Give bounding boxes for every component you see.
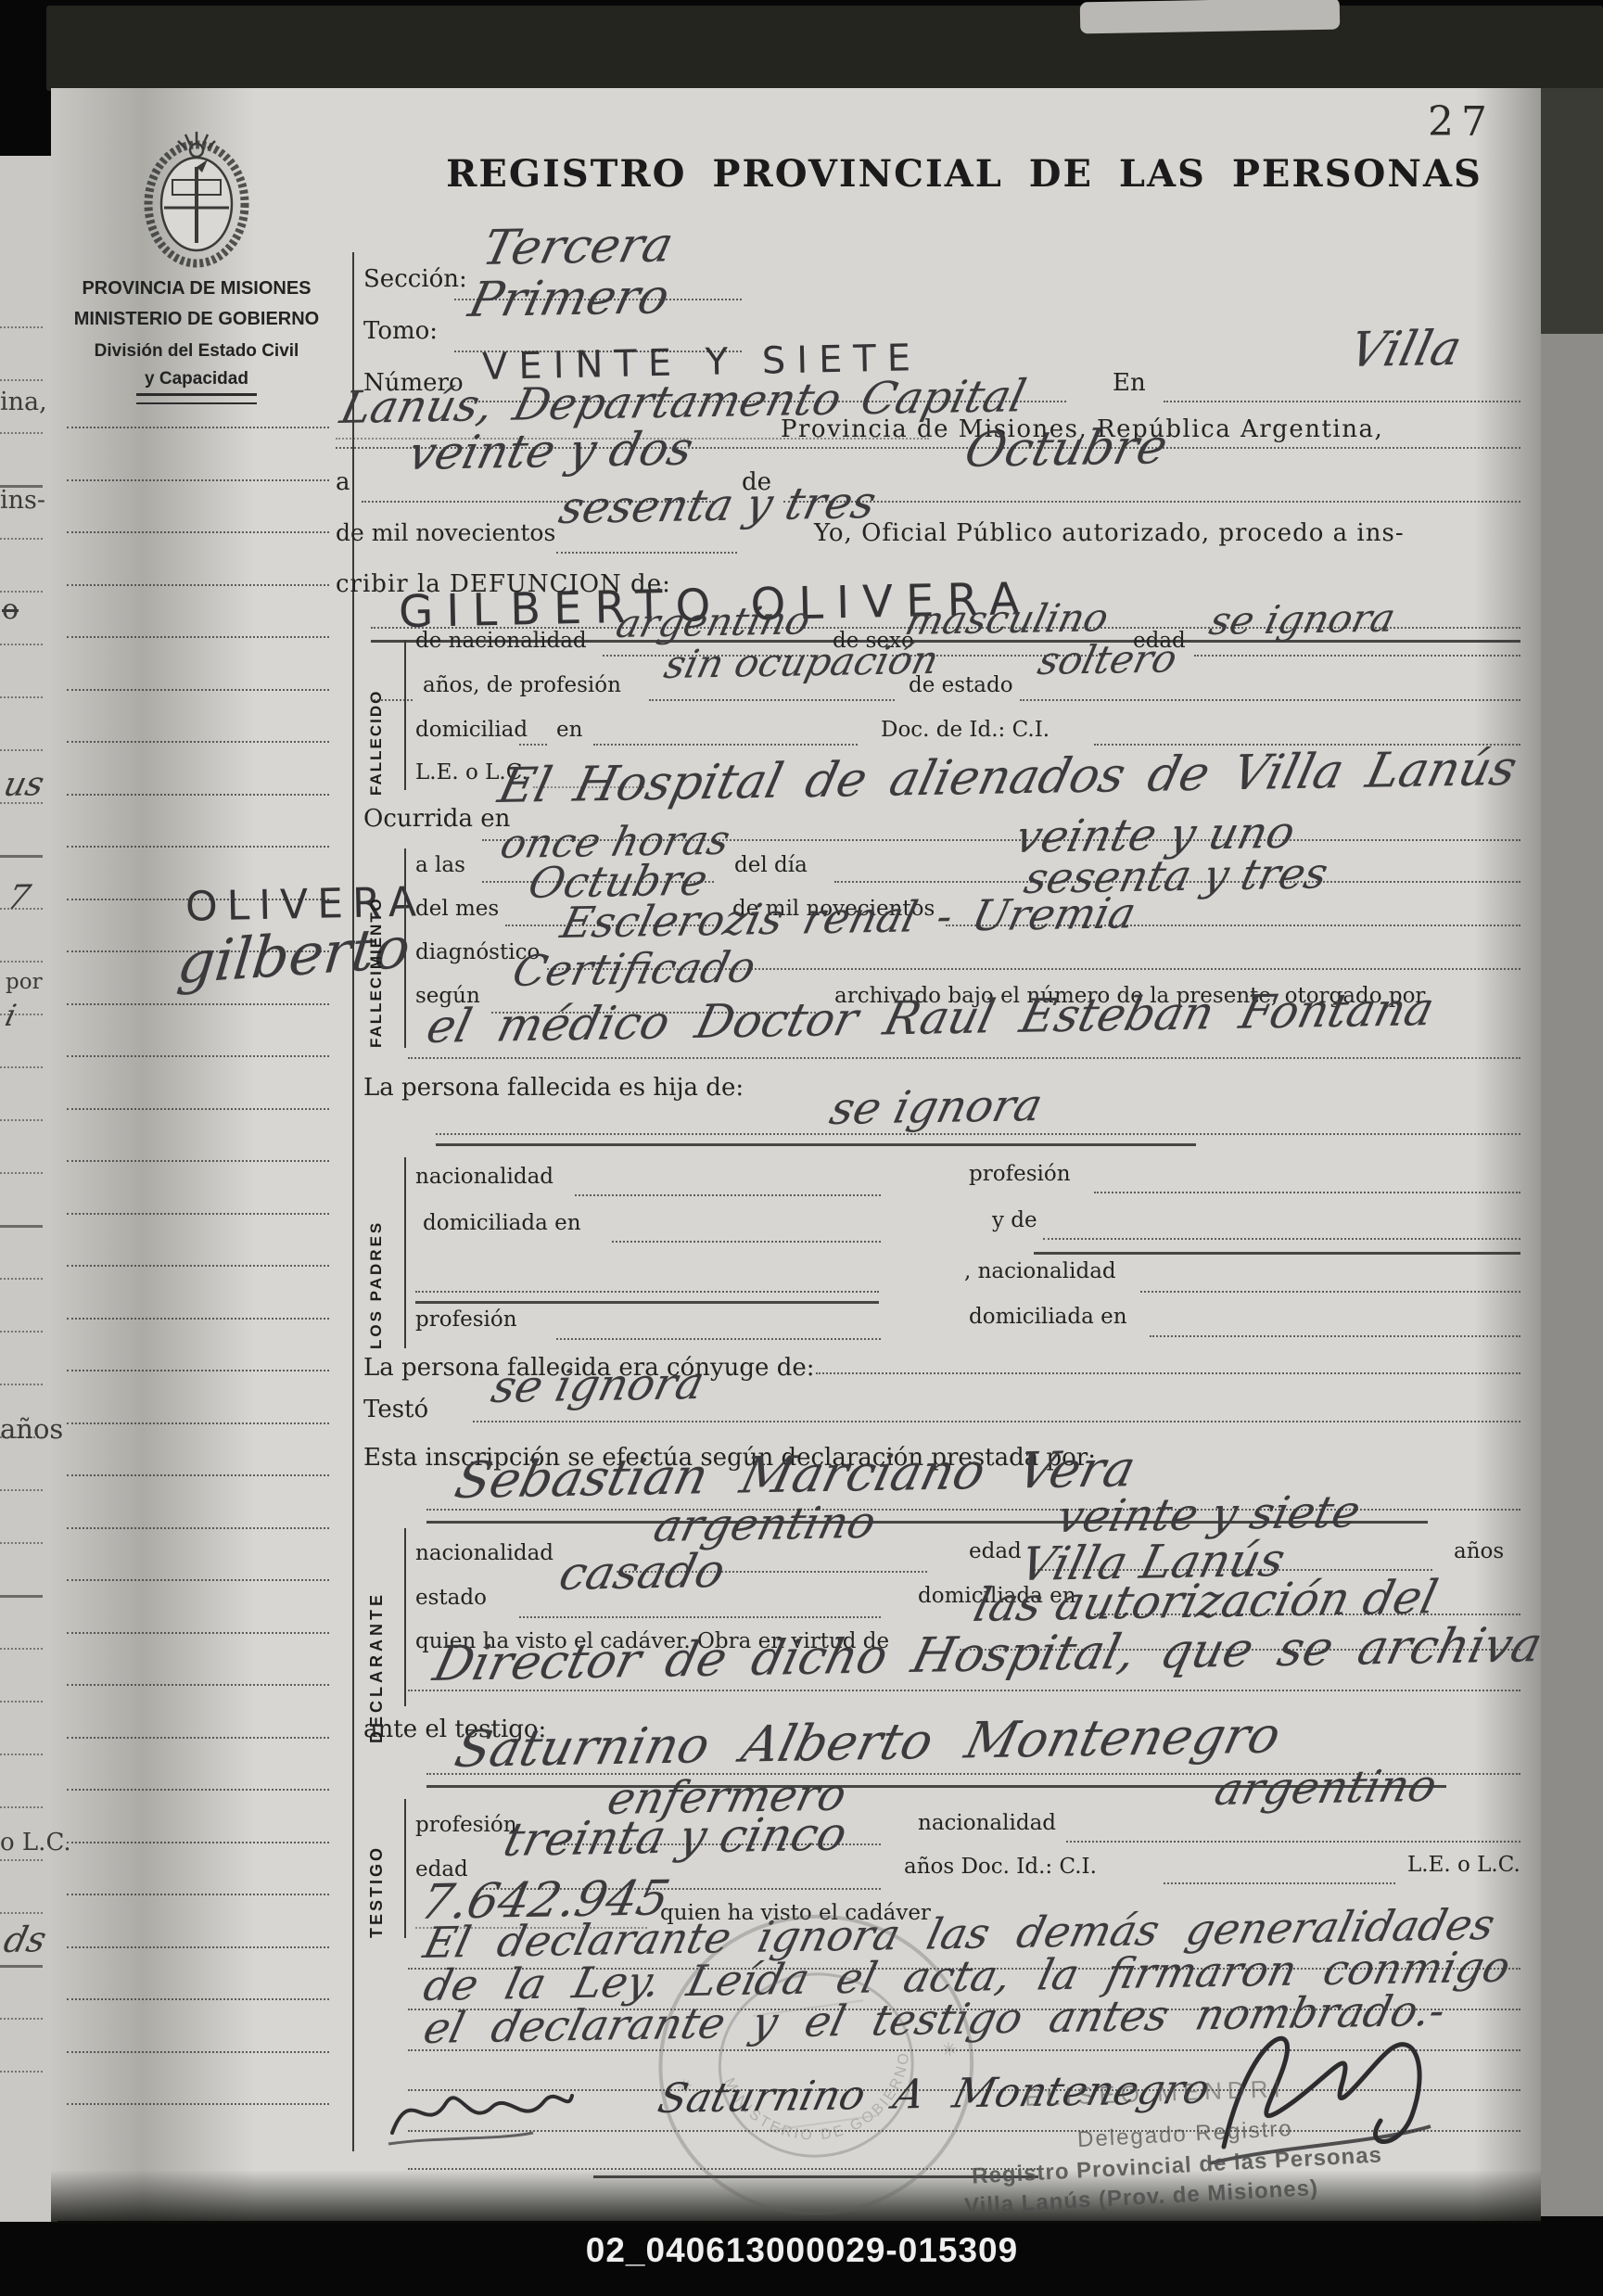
tomo-value: Primero [464, 269, 675, 328]
section-rule [404, 1528, 406, 1706]
prev-page-line-stub [0, 2018, 43, 2020]
dotted-line [1066, 1841, 1520, 1843]
margin-ruled-line [67, 689, 329, 691]
prev-page-line-stub [0, 908, 43, 910]
margin-ruled-line [67, 1265, 329, 1267]
document-title: REGISTRO PROVINCIAL DE LAS PERSONAS [417, 152, 1511, 196]
margin-ruled-line [67, 1474, 329, 1476]
testigo-doc-label: años Doc. Id.: C.I. [904, 1855, 1097, 1879]
dotted-line [1164, 1882, 1395, 1884]
prev-page-fragment: por [6, 970, 43, 994]
dotted-line [1043, 1238, 1520, 1240]
diagnostico-value: Esclerozis renal - Uremia [556, 887, 1140, 948]
dotted-line [408, 1690, 1520, 1691]
del-dia-label: del día [734, 853, 808, 877]
dotted-line [556, 1338, 881, 1340]
margin-ruled-line [67, 1003, 329, 1005]
section-rule [404, 640, 406, 790]
prev-page-line-stub [0, 379, 43, 381]
dotted-line [1164, 401, 1520, 402]
gutter-shadow [51, 88, 255, 2221]
margin-ruled-line [67, 1684, 329, 1686]
scan-file-label: 02_040613000029-015309 [399, 2231, 1205, 2270]
section-rule [404, 1799, 406, 1938]
prev-page-line-stub [0, 1225, 43, 1228]
dotted-line [1150, 1335, 1520, 1337]
section-label-testigo: TESTIGO [367, 1804, 387, 1938]
prev-page-line-stub [0, 326, 43, 328]
dotted-line [556, 552, 737, 554]
dotted-line [612, 1241, 881, 1243]
margin-ruled-line [67, 1213, 329, 1215]
prev-page-line-stub [0, 1436, 43, 1438]
prev-page-line-stub [0, 2071, 43, 2073]
prev-page-line-stub [0, 1542, 43, 1544]
doc-id-label: Doc. de Id.: C.I. [881, 718, 1050, 742]
testo-label: Testó [363, 1396, 428, 1423]
margin-ruled-line [67, 1318, 329, 1320]
prev-page-fragment: años [0, 1413, 63, 1445]
testigo-nacionalidad-label: nacionalidad [918, 1811, 1056, 1835]
prev-page-fragment: ins- [0, 486, 45, 515]
tomo-label: Tomo: [363, 317, 438, 345]
margin-ruled-line [67, 1842, 329, 1843]
dotted-line [436, 1133, 1520, 1135]
margin-ruled-line [67, 1108, 329, 1110]
section-label-fallecimiento: FALLECIMIENTO [367, 851, 386, 1048]
prev-page-line-stub [0, 961, 43, 963]
sidebar-org-line4: y Capacidad [57, 369, 336, 389]
del-mes-label: del mes [415, 897, 499, 921]
page-number: 27 [1428, 98, 1495, 146]
prev-page-line-stub [0, 485, 43, 488]
section-label-fallecido: FALLECIDO [367, 647, 386, 796]
prev-page-line-stub [0, 1912, 43, 1914]
right-binding-gray [1541, 334, 1603, 2216]
prev-page-line-stub [0, 644, 43, 645]
margin-ruled-line [67, 794, 329, 796]
madre-nacionalidad-label: , nacionalidad [964, 1259, 1116, 1283]
prev-page-line-stub [0, 1965, 43, 1968]
padre-domicilio-label: domiciliada en [423, 1211, 581, 1235]
dotted-line [593, 744, 858, 746]
en-value: Villa [1344, 321, 1467, 378]
margin-ruled-line [67, 1789, 329, 1791]
dotted-line [649, 699, 895, 701]
margin-ruled-line [67, 1632, 329, 1634]
dotted-line [519, 744, 547, 746]
segun-value: Certificado [508, 941, 760, 996]
prev-page-fragment: o L.C. [0, 1829, 71, 1856]
dotted-line [519, 1616, 881, 1618]
testigo-le-label: L.E. o L.C. [1407, 1853, 1520, 1877]
dotted-line [1094, 1192, 1520, 1193]
madre-profesion-label: profesión [415, 1307, 517, 1332]
edad-value: se ignora [1205, 595, 1400, 644]
testo-value: se ignora [487, 1358, 709, 1413]
margin-ruled-line [67, 584, 329, 586]
dotted-line [1140, 1291, 1520, 1293]
sidebar-org-line1: PROVINCIA DE MISIONES [57, 278, 336, 300]
paper-sliver [1080, 0, 1341, 33]
ocurrida-label: Ocurrida en [363, 805, 510, 833]
y-de-label: y de [992, 1208, 1037, 1232]
margin-ruled-line [67, 636, 329, 638]
round-seal-stamp: MINISTERIO DE GOBIERNO ✳ ✳ [629, 1884, 1003, 2243]
estado-label: de estado [909, 673, 1013, 697]
section-label-declarante: DECLARANTE [367, 1530, 387, 1743]
prev-page-line-stub [0, 1489, 43, 1491]
dotted-line [415, 1291, 879, 1293]
estado-value: soltero [1034, 635, 1181, 683]
prev-page-line-stub [0, 749, 43, 751]
margin-ruled-line [67, 1998, 329, 2000]
month-value: Octubre [960, 419, 1173, 478]
margin-ruled-line [67, 1160, 329, 1162]
section-label-los-padres: LOS PADRES [367, 1159, 386, 1349]
section-rule [404, 848, 406, 1048]
prev-page-line-stub [0, 1331, 43, 1333]
margin-ruled-line [67, 479, 329, 481]
margin-ruled-line [67, 531, 329, 533]
prev-page-line-stub [0, 1701, 43, 1703]
signature-official-left [385, 2075, 579, 2154]
padre-nacionalidad-label: nacionalidad [415, 1165, 553, 1189]
hija-de-value: se ignora [825, 1079, 1048, 1135]
margin-ruled-line [67, 1527, 329, 1529]
dotted-line [1020, 699, 1520, 701]
declarante-nacionalidad-label: nacionalidad [415, 1541, 553, 1565]
prev-page-fragment: ina, [0, 388, 47, 416]
a-label: a [336, 468, 350, 496]
margin-ruled-line [67, 1894, 329, 1895]
margin-ruled-line [67, 1055, 329, 1057]
dotted-line [371, 699, 413, 701]
nacionalidad-label: de nacionalidad [415, 629, 587, 653]
margin-ruled-line [67, 1737, 329, 1739]
section-rule [404, 1157, 406, 1348]
declarante-edad-label: edad [969, 1539, 1022, 1563]
declarante-estado-value: casado [554, 1544, 731, 1601]
seccion-label: Sección: [363, 265, 467, 293]
anos-label: años [1454, 1539, 1504, 1563]
prev-page-line-stub [0, 432, 43, 434]
dotted-line [816, 1372, 1520, 1374]
dotted-line [575, 1194, 881, 1196]
prev-page-line-stub [0, 1014, 43, 1015]
dotted-line [408, 1057, 1520, 1059]
declarante-estado-label: estado [415, 1586, 487, 1610]
profesion-value: sin ocupación [660, 637, 943, 687]
prev-page-line-stub [0, 1859, 43, 1861]
margin-ruled-line [67, 1370, 329, 1371]
top-binding [46, 6, 1603, 91]
sidebar-org-line3: División del Estado Civil [57, 341, 336, 362]
testigo-edad-value: treinta y cinco [499, 1807, 852, 1867]
margin-ruled-line [67, 427, 329, 428]
day-value: veinte y dos [403, 422, 698, 480]
prev-page-line-stub [0, 1806, 43, 1808]
en-label: en [556, 718, 582, 742]
prev-page-line-stub [0, 1119, 43, 1121]
en-label: En [1113, 369, 1146, 397]
prev-page-line-stub [0, 538, 43, 540]
domicilio-label: domiciliad [415, 718, 528, 742]
dotted-line [1194, 655, 1520, 657]
prev-page-fragment: o [2, 593, 19, 626]
a-las-label: a las [415, 853, 465, 877]
right-binding-dark [1541, 88, 1603, 334]
prev-page-line-stub [0, 591, 43, 593]
solid-line [415, 1301, 879, 1304]
prev-page-line-stub [0, 1648, 43, 1650]
hija-de-label: La persona fallecida es hija de: [363, 1074, 744, 1102]
padre-profesion-label: profesión [969, 1162, 1071, 1186]
prev-page-line-stub [0, 1384, 43, 1385]
prev-page-line-stub [0, 1278, 43, 1280]
dotted-line [783, 501, 1520, 503]
testigo-profesion-label: profesión [415, 1813, 517, 1837]
prev-page-line-stub [0, 1172, 43, 1174]
scanned-death-certificate: 27 REGISTRO PROVINCIAL DE LAS PERSONAS P… [0, 0, 1603, 2296]
profesion-label: años, de profesión [423, 673, 621, 697]
svg-text:✳: ✳ [940, 2037, 959, 2061]
prev-page-line-stub [0, 1754, 43, 1755]
margin-ruled-line [67, 1422, 329, 1424]
dotted-line [473, 1421, 1520, 1422]
prev-page-line-stub [0, 1595, 43, 1598]
mil-label: de mil novecientos [336, 519, 555, 546]
solid-line [436, 1143, 1196, 1146]
margin-ruled-line [67, 2103, 329, 2105]
testigo-nacionalidad-value: argentino [1210, 1760, 1442, 1816]
prev-page-line-stub [0, 696, 43, 698]
madre-domicilio-label: domiciliada en [969, 1305, 1127, 1329]
sidebar-org-line2: MINISTERIO DE GOBIERNO [57, 309, 336, 330]
margin-ruled-line [67, 1946, 329, 1948]
prev-page-line-stub [0, 802, 43, 804]
margin-ruled-line [67, 2051, 329, 2053]
margin-ruled-line [67, 741, 329, 743]
margin-ruled-line [67, 846, 329, 848]
yo-printed: Yo, Oficial Público autorizado, procedo … [814, 519, 1405, 547]
prev-page-line-stub [0, 855, 43, 858]
margin-ruled-line [67, 1579, 329, 1581]
prev-page-line-stub [0, 1066, 43, 1068]
seccion-value: Tercera [477, 217, 679, 276]
solid-line [1034, 1252, 1520, 1255]
coat-of-arms-icon [139, 122, 255, 271]
sidebar-underline [136, 393, 257, 404]
